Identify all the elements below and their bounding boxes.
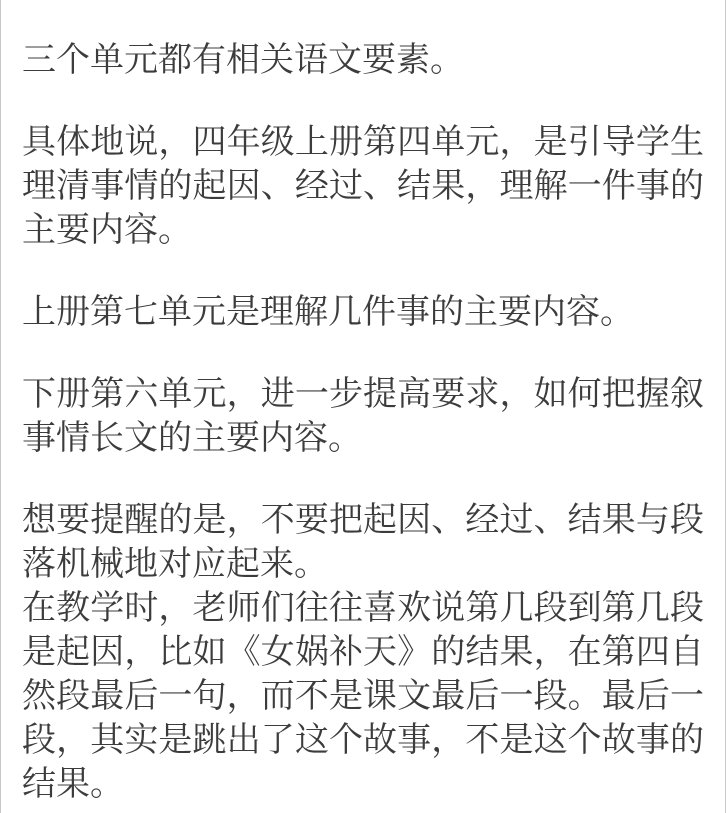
article-body: 三个单元都有相关语文要素。 具体地说，四年级上册第四单元，是引导学生理清事情的起… — [1, 0, 725, 806]
paragraph-grade4-unit4: 具体地说，四年级上册第四单元，是引导学生理清事情的起因、经过、结果，理解一件事的… — [22, 120, 704, 252]
article-page: 三个单元都有相关语文要素。 具体地说，四年级上册第四单元，是引导学生理清事情的起… — [0, 0, 726, 813]
paragraph-unit6: 下册第六单元，进一步提高要求，如何把握叙事情长文的主要内容。 — [22, 372, 704, 460]
paragraph-reminder: 想要提醒的是，不要把起因、经过、结果与段落机械地对应起来。 — [22, 498, 704, 586]
paragraph-unit7: 上册第七单元是理解几件事的主要内容。 — [22, 290, 704, 334]
paragraph-units-overview: 三个单元都有相关语文要素。 — [22, 38, 704, 82]
paragraph-teaching-example: 在教学时，老师们往往喜欢说第几段到第几段是起因，比如《女娲补天》的结果，在第四自… — [22, 586, 704, 806]
